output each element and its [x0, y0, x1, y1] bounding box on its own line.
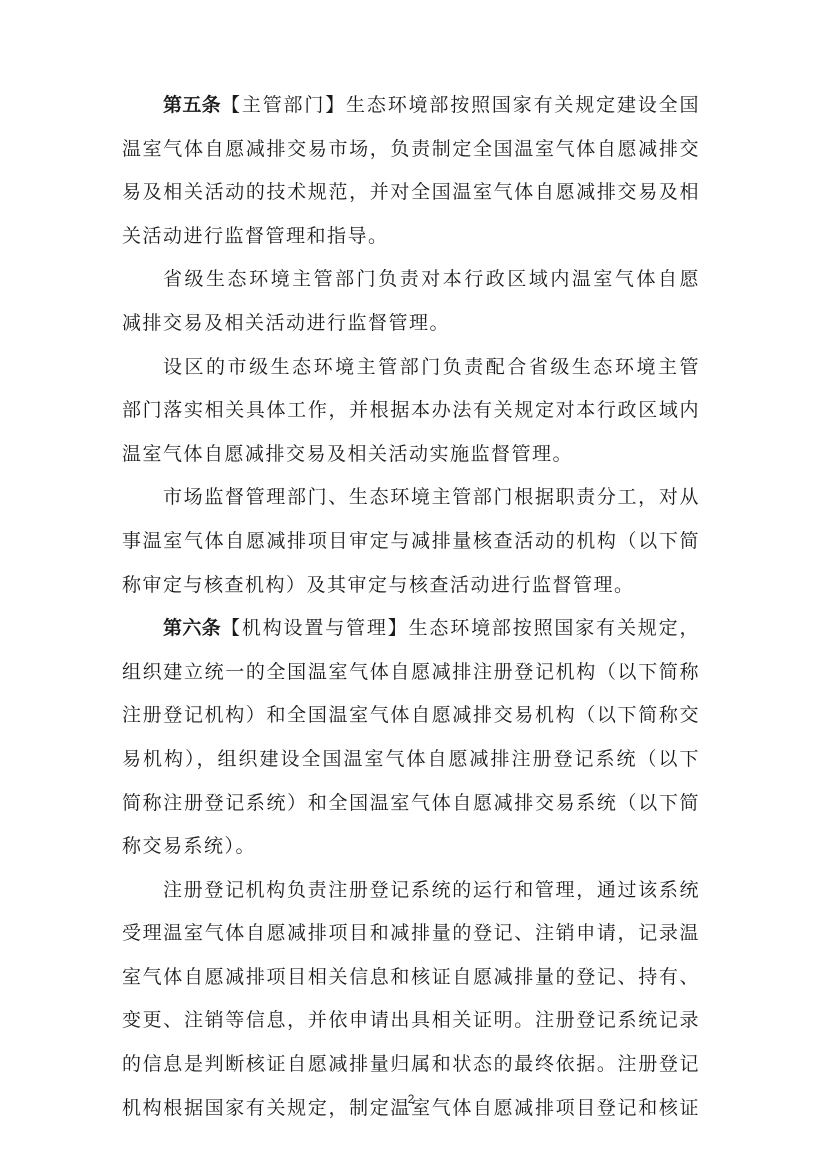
article-5-line-3: 易及相关活动的技术规范，并对全国温室气体自愿减排交易及相 — [122, 171, 700, 215]
document-body: 第五条【主管部门】生态环境部按照国家有关规定建设全国 温室气体自愿减排交易市场，… — [122, 84, 702, 1130]
para-registry-line-4: 变更、注销等信息，并依申请出具相关证明。注册登记系统记录 — [122, 999, 700, 1043]
article-6-line-5: 简称注册登记系统）和全国温室气体自愿减排交易系统（以下简 — [122, 782, 700, 826]
document-page: 第五条【主管部门】生态环境部按照国家有关规定建设全国 温室气体自愿减排交易市场，… — [0, 0, 822, 1168]
para-registry-line-2: 受理温室气体自愿减排项目和减排量的登记、注销申请，记录温 — [122, 912, 700, 956]
article-6-heading: 第六条 — [163, 617, 221, 639]
article-6-title: 【机构设置与管理】 — [221, 617, 409, 639]
para-municipal-line-3: 温室气体自愿减排交易及相关活动实施监督管理。 — [122, 433, 700, 477]
para-market-line-3: 称审定与核查机构）及其审定与核查活动进行监督管理。 — [122, 564, 700, 608]
article-5-heading: 第五条 — [163, 94, 221, 116]
para-provincial-line-1: 省级生态环境主管部门负责对本行政区域内温室气体自愿 — [122, 258, 700, 302]
article-6-line-4: 易机构），组织建设全国温室气体自愿减排注册登记系统（以下 — [122, 738, 700, 782]
para-provincial-line-2: 减排交易及相关活动进行监督管理。 — [122, 302, 700, 346]
article-5-line-2: 温室气体自愿减排交易市场，负责制定全国温室气体自愿减排交 — [122, 128, 700, 172]
article-6-line-3: 注册登记机构）和全国温室气体自愿减排交易机构（以下简称交 — [122, 694, 700, 738]
article-6-line-6: 称交易系统）。 — [122, 825, 700, 869]
article-5-title: 【主管部门】 — [221, 94, 346, 116]
para-market-line-2: 事温室气体自愿减排项目审定与减排量核查活动的机构（以下简 — [122, 520, 700, 564]
para-registry-line-1: 注册登记机构负责注册登记系统的运行和管理，通过该系统 — [122, 869, 700, 913]
para-registry-line-3: 室气体自愿减排项目相关信息和核证自愿减排量的登记、持有、 — [122, 956, 700, 1000]
para-registry-line-5: 的信息是判断核证自愿减排量归属和状态的最终依据。注册登记 — [122, 1043, 700, 1087]
article-6-line-2: 组织建立统一的全国温室气体自愿减排注册登记机构（以下简称 — [122, 651, 700, 695]
article-6-line-1: 第六条【机构设置与管理】生态环境部按照国家有关规定， — [122, 607, 700, 651]
para-market-line-1: 市场监督管理部门、生态环境主管部门根据职责分工，对从 — [122, 476, 700, 520]
article-5-line-1: 第五条【主管部门】生态环境部按照国家有关规定建设全国 — [122, 84, 700, 128]
article-5-line-4: 关活动进行监督管理和指导。 — [122, 215, 700, 259]
page-number: 2 — [0, 1092, 822, 1106]
para-municipal-line-1: 设区的市级生态环境主管部门负责配合省级生态环境主管 — [122, 346, 700, 390]
para-municipal-line-2: 部门落实相关具体工作，并根据本办法有关规定对本行政区域内 — [122, 389, 700, 433]
